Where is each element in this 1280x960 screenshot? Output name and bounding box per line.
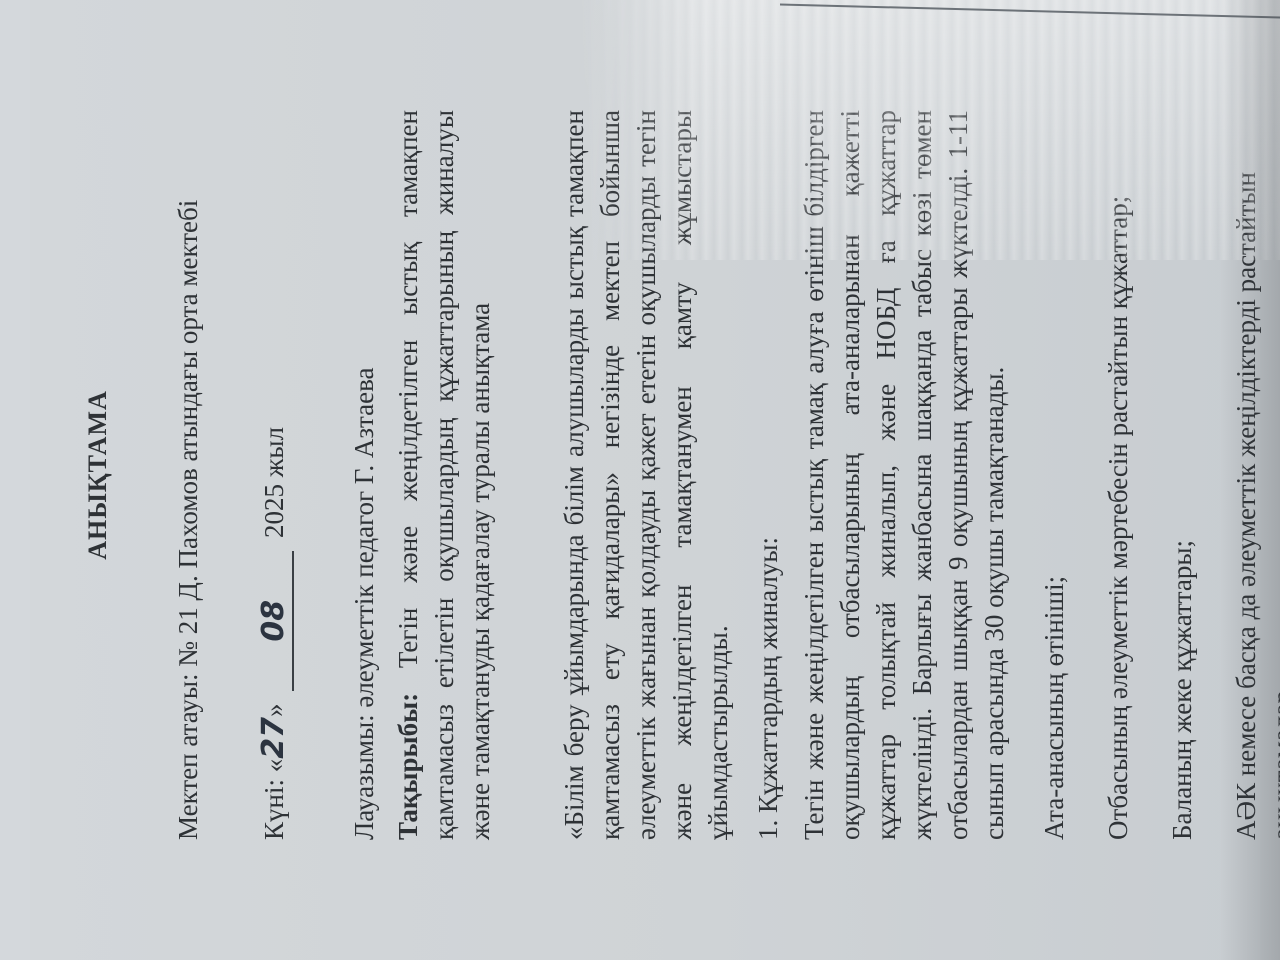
date-label: Күні: « bbox=[259, 759, 289, 840]
document-title: АНЫҚТАМА bbox=[80, 110, 116, 840]
date-line: Күні: «27» 08 2025 жыл bbox=[256, 110, 294, 840]
date-year: 2025 жыл bbox=[259, 427, 289, 538]
topic-label: Тақырыбы: bbox=[393, 693, 423, 840]
section1-heading: 1. Құжаттардың жиналуы: bbox=[750, 110, 786, 840]
document-page: АНЫҚТАМА Мектеп атауы: № 21 Д. Пахомов а… bbox=[30, 0, 1260, 960]
document-item: Баланың жеке құжаттары; bbox=[1164, 110, 1200, 840]
document-item: Отбасының әлеуметтік мәртебесін растайты… bbox=[1100, 110, 1136, 840]
topic-line: Тақырыбы: Тегін және жеңілдетілген ыстық… bbox=[390, 110, 498, 840]
document-photo: АНЫҚТАМА Мектеп атауы: № 21 Д. Пахомов а… bbox=[0, 0, 1280, 960]
intro-paragraph: «Білім беру ұйымдарында білім алушыларды… bbox=[556, 110, 736, 840]
date-month-handwritten: 08 bbox=[256, 551, 294, 691]
date-close-quote: » bbox=[259, 704, 289, 718]
date-day-handwritten: 27 bbox=[256, 717, 291, 759]
section1-paragraph: Тегін және жеңілдетілген ыстық тамақ алу… bbox=[796, 110, 1012, 840]
school-name-line: Мектеп атауы: № 21 Д. Пахомов атындағы о… bbox=[170, 110, 206, 840]
document-item: АӘК немесе басқа да әлеуметтік жеңілдікт… bbox=[1228, 110, 1280, 840]
document-item: Ата-анасының өтініші; bbox=[1036, 110, 1072, 840]
position-line: Лауазымы: әлеуметтік педагог Г. Азтаева bbox=[346, 110, 382, 840]
